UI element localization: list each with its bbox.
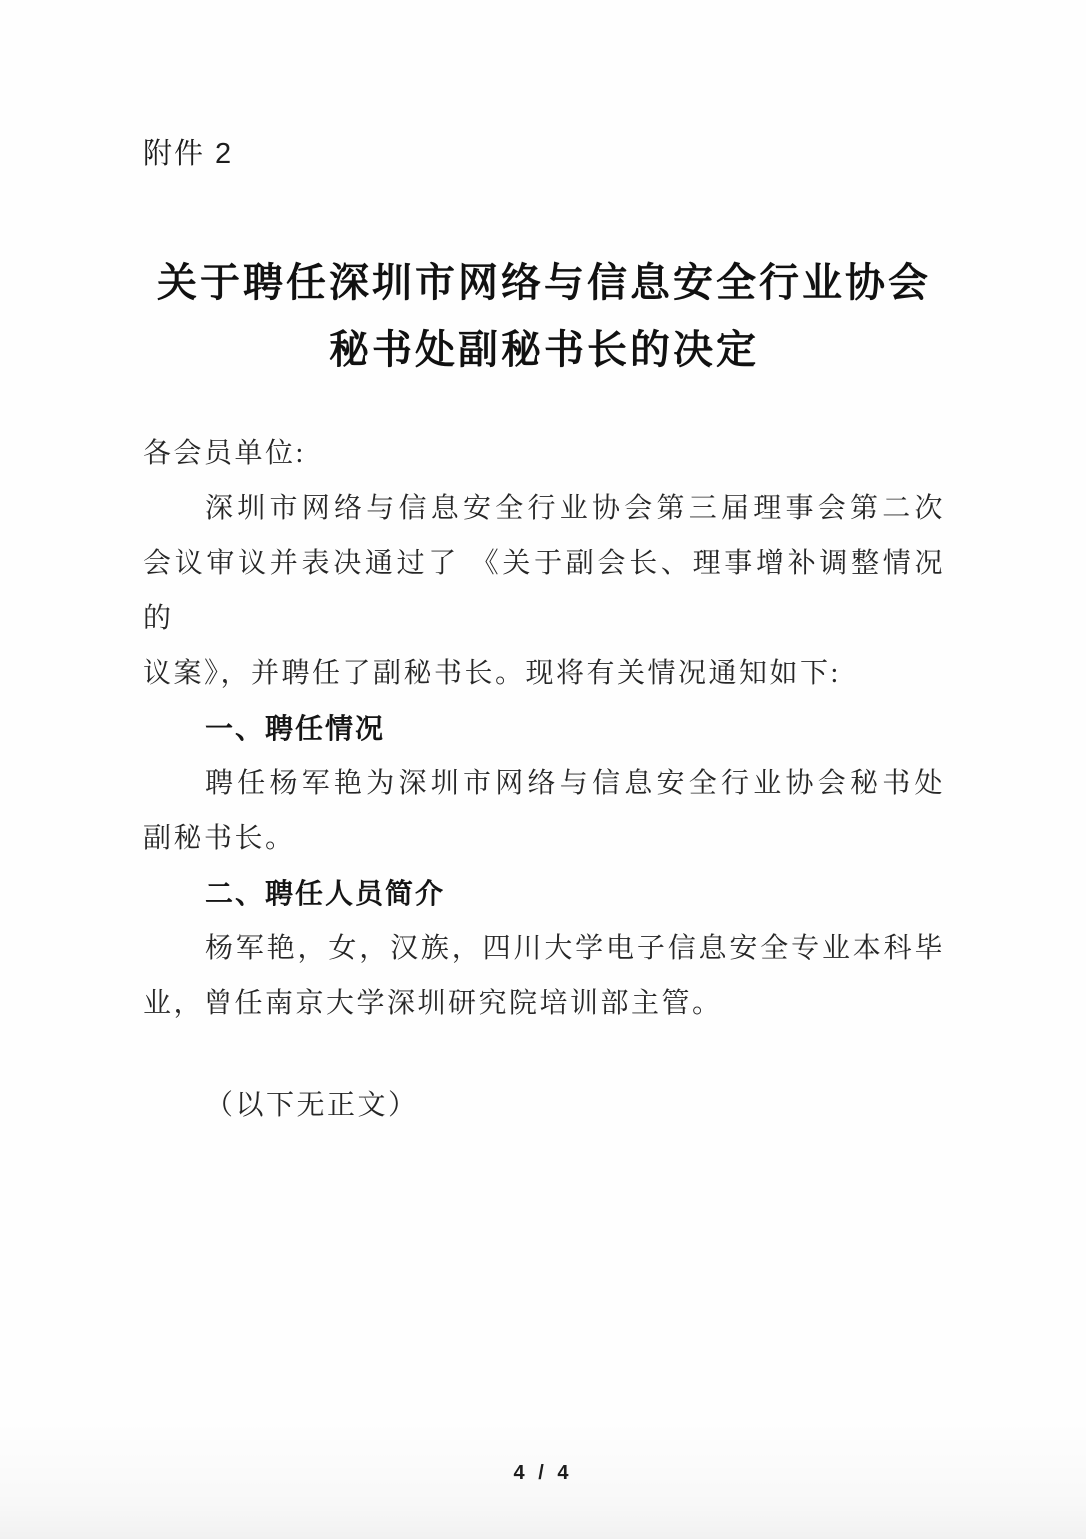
body-line: 议案》，并聘任了副秘书长。现将有关情况通知如下: (143, 646, 945, 701)
body-line: 聘任杨军艳为深圳市网络与信息安全行业协会秘书处 (143, 756, 945, 811)
attachment-label: 附件 2 (143, 137, 945, 171)
body-line: 会议审议并表决通过了 《关于副会长、理事增补调整情况的 (143, 536, 945, 646)
body-line: 各会员单位: (143, 426, 945, 481)
body-line: 杨军艳，女，汉族，四川大学电子信息安全专业本科毕 (143, 921, 945, 976)
body-line: 深圳市网络与信息安全行业协会第三届理事会第二次 (143, 481, 945, 536)
document-title: 关于聘任深圳市网络与信息安全行业协会 秘书处副秘书长的决定 (143, 249, 945, 383)
document-body: 各会员单位:深圳市网络与信息安全行业协会第三届理事会第二次会议审议并表决通过了 … (143, 426, 945, 1133)
document-page: 附件 2 关于聘任深圳市网络与信息安全行业协会 秘书处副秘书长的决定 各会员单位… (0, 0, 1086, 1539)
body-line: 业，曾任南京大学深圳研究院培训部主管。 (143, 976, 945, 1031)
closing-line: （以下无正文） (143, 1078, 945, 1133)
section-heading: 一、聘任情况 (143, 701, 945, 756)
page-number: 4 / 4 (0, 1462, 1086, 1485)
section-heading: 二、聘任人员简介 (143, 866, 945, 921)
document-title-line-2: 秘书处副秘书长的决定 (143, 316, 945, 383)
document-title-line-1: 关于聘任深圳市网络与信息安全行业协会 (143, 249, 945, 316)
body-line: 副秘书长。 (143, 811, 945, 866)
